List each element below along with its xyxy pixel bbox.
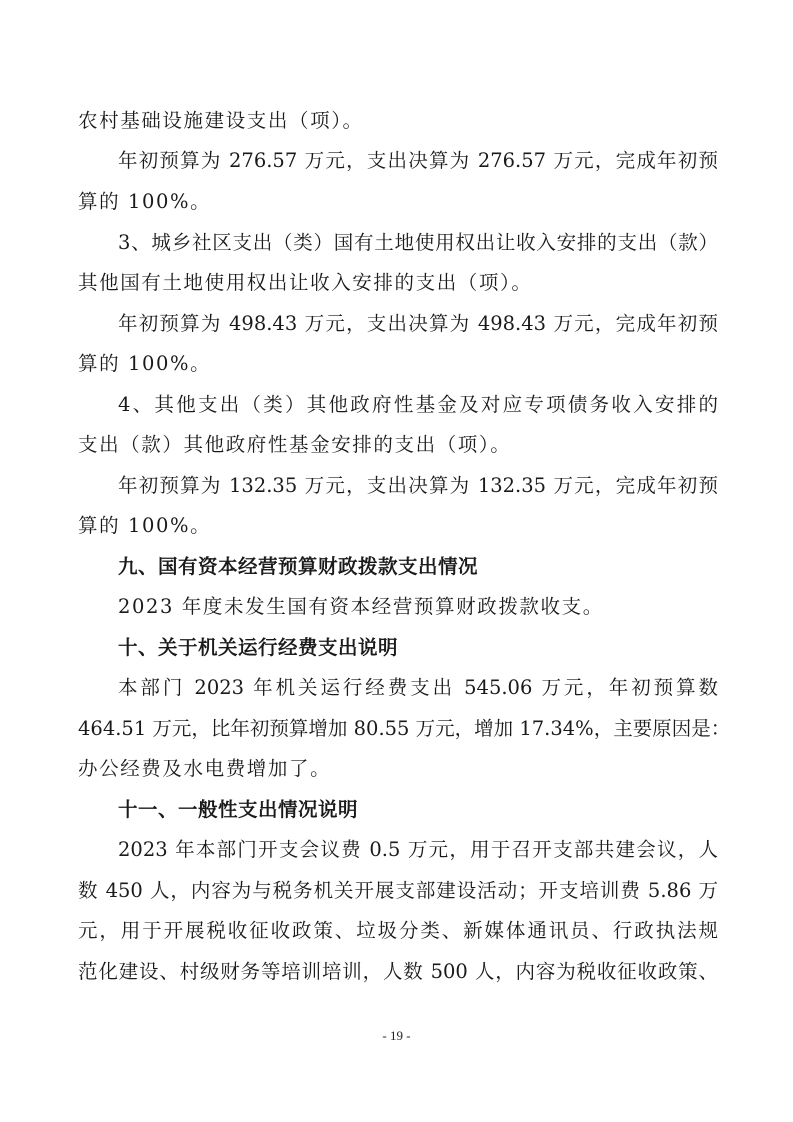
text-line-13: 2023 年度未发生国有资本经营预算财政拨款收支。 bbox=[118, 594, 718, 620]
section-heading-10: 十、关于机关运行经费支出说明 bbox=[118, 635, 718, 661]
text-line-8: 4、其他支出（类）其他政府性基金及对应专项债务收入安排的 bbox=[118, 392, 718, 418]
page-number: - 19 - bbox=[0, 1028, 793, 1044]
text-line-21: 元，用于开展税收征收政策、垃圾分类、新媒体通讯员、行政执法规 bbox=[78, 918, 718, 944]
text-line-20: 数 450 人，内容为与税务机关开展支部建设活动；开支培训费 5.86 万 bbox=[78, 878, 718, 904]
text-line-19: 2023 年本部门开支会议费 0.5 万元，用于召开支部共建会议，人 bbox=[118, 837, 718, 863]
text-line-10: 年初预算为 132.35 万元，支出决算为 132.35 万元，完成年初预 bbox=[118, 473, 718, 499]
text-line-6: 年初预算为 498.43 万元，支出决算为 498.43 万元，完成年初预 bbox=[118, 311, 718, 337]
text-line-1: 农村基础设施建设支出（项）。 bbox=[78, 108, 718, 134]
text-line-17: 办公经费及水电费增加了。 bbox=[78, 756, 718, 782]
text-line-11: 算的 100%。 bbox=[78, 513, 718, 539]
text-line-9: 支出（款）其他政府性基金安排的支出（项）。 bbox=[78, 432, 718, 458]
text-line-16: 464.51 万元，比年初预算增加 80.55 万元，增加 17.34%，主要原… bbox=[78, 716, 718, 742]
text-line-5: 其他国有土地使用权出让收入安排的支出（项）。 bbox=[78, 270, 718, 296]
text-line-22: 范化建设、村级财务等培训培训，人数 500 人，内容为税收征收政策、 bbox=[78, 959, 718, 985]
text-line-15: 本部门 2023 年机关运行经费支出 545.06 万元，年初预算数 bbox=[118, 675, 718, 701]
text-line-7: 算的 100%。 bbox=[78, 351, 718, 377]
text-line-2: 年初预算为 276.57 万元，支出决算为 276.57 万元，完成年初预 bbox=[118, 148, 718, 174]
text-line-3: 算的 100%。 bbox=[78, 189, 718, 215]
section-heading-9: 九、国有资本经营预算财政拨款支出情况 bbox=[118, 554, 718, 580]
text-line-4: 3、城乡社区支出（类）国有土地使用权出让收入安排的支出（款） bbox=[118, 230, 718, 256]
section-heading-11: 十一、一般性支出情况说明 bbox=[118, 797, 718, 823]
document-page: 农村基础设施建设支出（项）。 年初预算为 276.57 万元，支出决算为 276… bbox=[0, 0, 793, 1122]
